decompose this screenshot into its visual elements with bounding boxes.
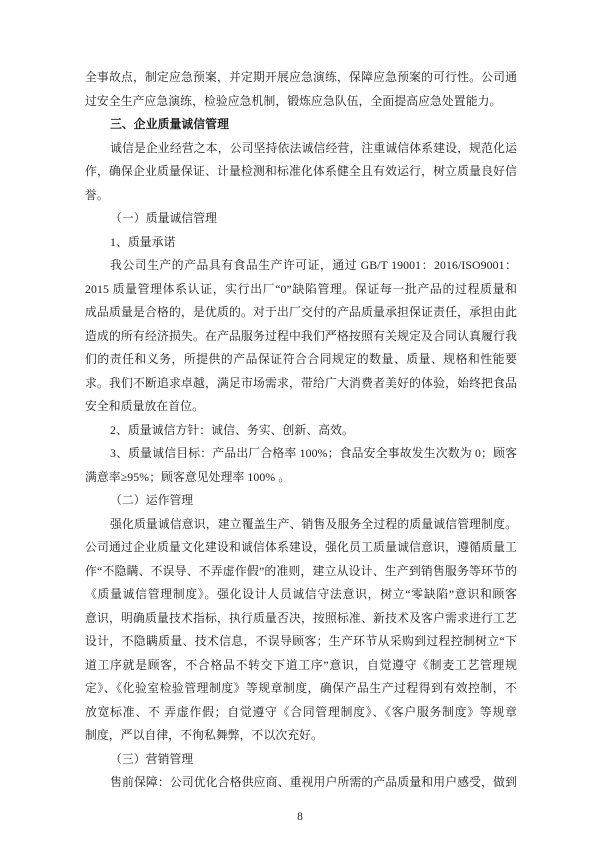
section-heading: 三、企业质量诚信管理 bbox=[85, 113, 517, 137]
text-line: 《质量诚信管理制度》。强化设计人员诚信守法意识，树立“零缺陷”意识和顾客 bbox=[85, 583, 517, 607]
paragraph: 强化质量诚信意识，建立覆盖生产、销售及服务全过程的质量诚信管理制度。 公司通过企… bbox=[85, 513, 517, 748]
text-line: 誉。 bbox=[85, 184, 517, 208]
text-line: 设计，不隐瞒质量、技术信息，不误导顾客；生产环节从采购到过程控制树立“下 bbox=[85, 630, 517, 654]
text-line: 1、质量承诺 bbox=[85, 231, 517, 255]
text-line: 制度，严以自律，不徇私舞弊，不以次充好。 bbox=[85, 724, 517, 748]
text-line: 们的责任和义务，所提供的产品保证符合合同规定的数量、质量、规格和性能要 bbox=[85, 348, 517, 372]
text-line: 3、质量诚信目标：产品出厂合格率 100%；食品安全事故发生次数为 0；顾客 bbox=[85, 442, 517, 466]
text-line: 满意率≥95%；顾客意见处理率 100% 。 bbox=[85, 466, 517, 490]
text-line: 售前保障：公司优化合格供应商、重视用户所需的产品质量和用户感受，做到 bbox=[85, 771, 517, 795]
text-line: 公司通过企业质量文化建设和诚信体系建设，强化员工质量诚信意识，遵循质量工 bbox=[85, 536, 517, 560]
section-heading-text: 三、企业质量诚信管理 bbox=[85, 113, 517, 137]
document-page: 全事故点，制定应急预案，并定期开展应急演练，保障应急预案的可行性。公司通 过安全… bbox=[0, 0, 600, 849]
text-line: 过安全生产应急演练，检验应急机制，锻炼应急队伍，全面提高应急处置能力。 bbox=[85, 90, 517, 114]
text-line: 放宽标准、不 弄虚作假；自觉遵守《合同管理制度》、《客户服务制度》等规章 bbox=[85, 701, 517, 725]
text-line: 造成的所有经济损失。在产品服务过程中我们严格按照有关规定及合同认真履行我 bbox=[85, 325, 517, 349]
text-line: 作“不隐瞒、不误导、不弄虚作假”的准则，建立从设计、生产到销售服务等环节的 bbox=[85, 560, 517, 584]
subsection-heading: （三）营销管理 bbox=[85, 748, 517, 772]
paragraph: 全事故点，制定应急预案，并定期开展应急演练，保障应急预案的可行性。公司通 过安全… bbox=[85, 66, 517, 113]
paragraph: 我公司生产的产品具有食品生产许可证，通过 GB/T 19001：2016/ISO… bbox=[85, 254, 517, 419]
subsection-heading-text: （一）质量诚信管理 bbox=[85, 207, 517, 231]
text-line: 强化质量诚信意识，建立覆盖生产、销售及服务全过程的质量诚信管理制度。 bbox=[85, 513, 517, 537]
text-line: 全事故点，制定应急预案，并定期开展应急演练，保障应急预案的可行性。公司通 bbox=[85, 66, 517, 90]
text-line: 安全和质量放在首位。 bbox=[85, 395, 517, 419]
text-line: 2015 质量管理体系认证，实行出厂“0”缺陷管理。保证每一批产品的过程质量和 bbox=[85, 278, 517, 302]
text-line: 意识，明确质量技术指标，执行质量否决，按照标准、新技术及客户需求进行工艺 bbox=[85, 607, 517, 631]
text-line: 成品质量是合格的，是优质的。对于出厂交付的产品质量承担保证责任，承担由此 bbox=[85, 301, 517, 325]
text-line: 2、质量诚信方针：诚信、务实、创新、高效。 bbox=[85, 419, 517, 443]
subsection-heading: （二）运作管理 bbox=[85, 489, 517, 513]
paragraph: 诚信是企业经营之本，公司坚持依法诚信经营，注重诚信体系建设，规范化运 作，确保企… bbox=[85, 137, 517, 208]
list-item-heading: 1、质量承诺 bbox=[85, 231, 517, 255]
text-line: 诚信是企业经营之本，公司坚持依法诚信经营，注重诚信体系建设，规范化运 bbox=[85, 137, 517, 161]
subsection-heading-text: （三）营销管理 bbox=[85, 748, 517, 772]
page-number: 8 bbox=[0, 810, 600, 824]
text-line: 求。我们不断追求卓越，满足市场需求，带给广大消费者美好的体验，始终把食品 bbox=[85, 372, 517, 396]
list-item: 3、质量诚信目标：产品出厂合格率 100%；食品安全事故发生次数为 0；顾客 满… bbox=[85, 442, 517, 489]
text-line: 道工序就是顾客，不合格品不转交下道工序”意识，自觉遵守《制麦工艺管理规 bbox=[85, 654, 517, 678]
document-body: 全事故点，制定应急预案，并定期开展应急演练，保障应急预案的可行性。公司通 过安全… bbox=[85, 66, 517, 795]
list-item: 2、质量诚信方针：诚信、务实、创新、高效。 bbox=[85, 419, 517, 443]
subsection-heading: （一）质量诚信管理 bbox=[85, 207, 517, 231]
paragraph: 售前保障：公司优化合格供应商、重视用户所需的产品质量和用户感受，做到 bbox=[85, 771, 517, 795]
text-line: 我公司生产的产品具有食品生产许可证，通过 GB/T 19001：2016/ISO… bbox=[85, 254, 517, 278]
text-line: 作，确保企业质量保证、计量检测和标准化体系健全且有效运行，树立质量良好信 bbox=[85, 160, 517, 184]
subsection-heading-text: （二）运作管理 bbox=[85, 489, 517, 513]
text-line: 定》、《化验室检验管理制度》等规章制度，确保产品生产过程得到有效控制，不 bbox=[85, 677, 517, 701]
